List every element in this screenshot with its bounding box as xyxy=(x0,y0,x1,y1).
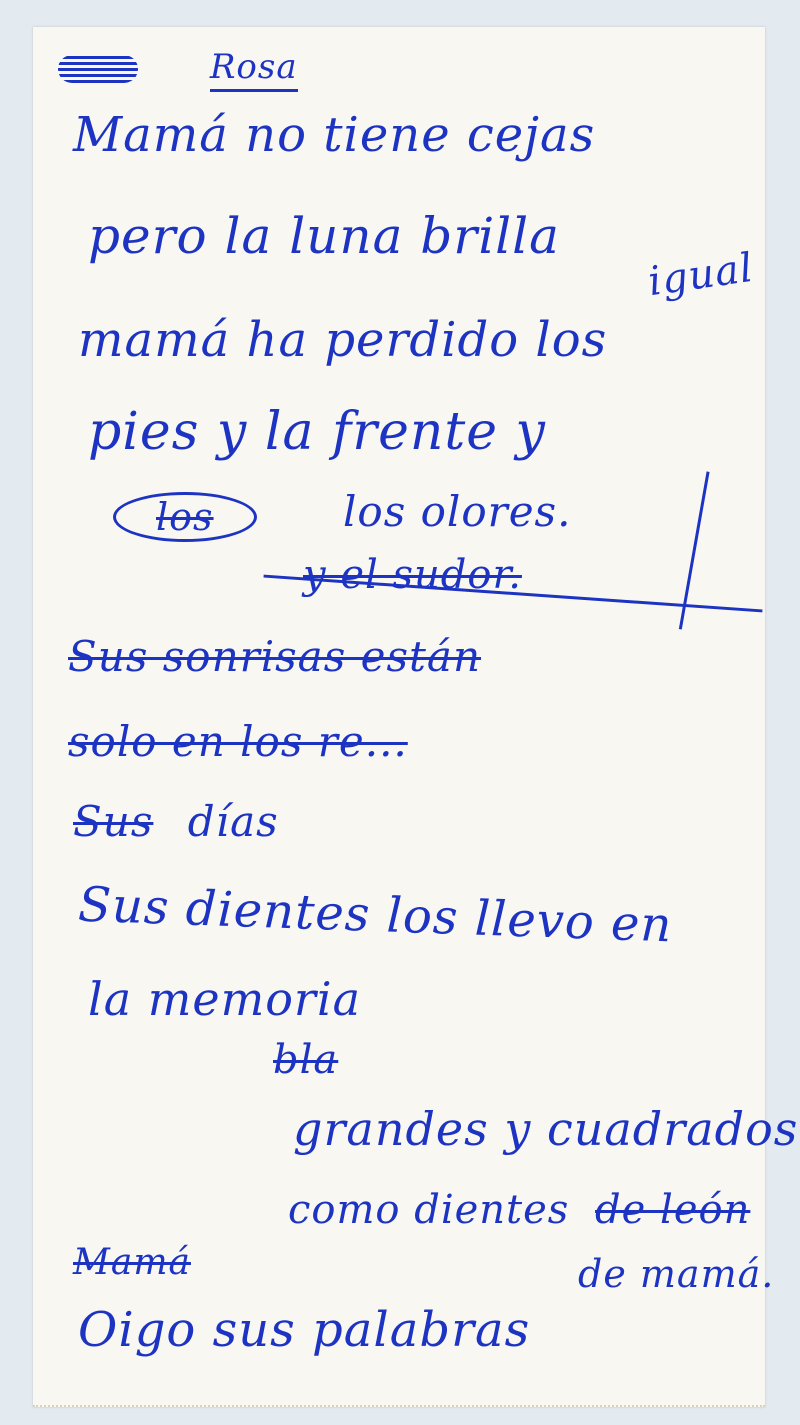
line-13: grandes y cuadrados xyxy=(293,1102,798,1156)
line-8-struck: solo en los re... xyxy=(68,717,408,766)
line-5-struck: los xyxy=(113,492,257,542)
line-10: Sus dientes los llevo en xyxy=(77,877,673,954)
line-14-insert: de mamá. xyxy=(578,1252,774,1296)
line-4: pies y la frente y xyxy=(88,402,546,462)
line-2: pero la luna brilla xyxy=(88,207,560,265)
title: [illegible]a Rosa xyxy=(58,47,298,87)
phrase: como dientes xyxy=(288,1187,569,1233)
line-16: Oigo sus palabras xyxy=(78,1302,530,1358)
scribbled-out-word xyxy=(58,55,138,83)
struck-word: Sus xyxy=(73,797,153,846)
line-6-struck: y el sudor. xyxy=(303,552,522,598)
struck-phrase: de león xyxy=(595,1187,750,1233)
line-15-struck: Mamá xyxy=(73,1242,191,1283)
line-2-insert: igual xyxy=(645,245,756,305)
line-1: Mamá no tiene cejas xyxy=(73,107,595,163)
line-5: los olores. xyxy=(343,487,571,536)
line-12-struck: bla xyxy=(273,1037,338,1083)
bracket-mark xyxy=(639,464,709,629)
paper-sheet: [illegible]a Rosa Mamá no tiene cejas pe… xyxy=(33,27,765,1407)
title-text: Rosa xyxy=(210,47,298,92)
word: días xyxy=(188,797,279,846)
line-3: mamá ha perdido los xyxy=(78,312,607,368)
line-7-struck: Sus sonrisas están xyxy=(68,632,481,681)
line-11: la memoria xyxy=(88,972,361,1026)
line-9: Sus días xyxy=(73,797,279,846)
line-14: como dientes de león xyxy=(288,1187,750,1233)
